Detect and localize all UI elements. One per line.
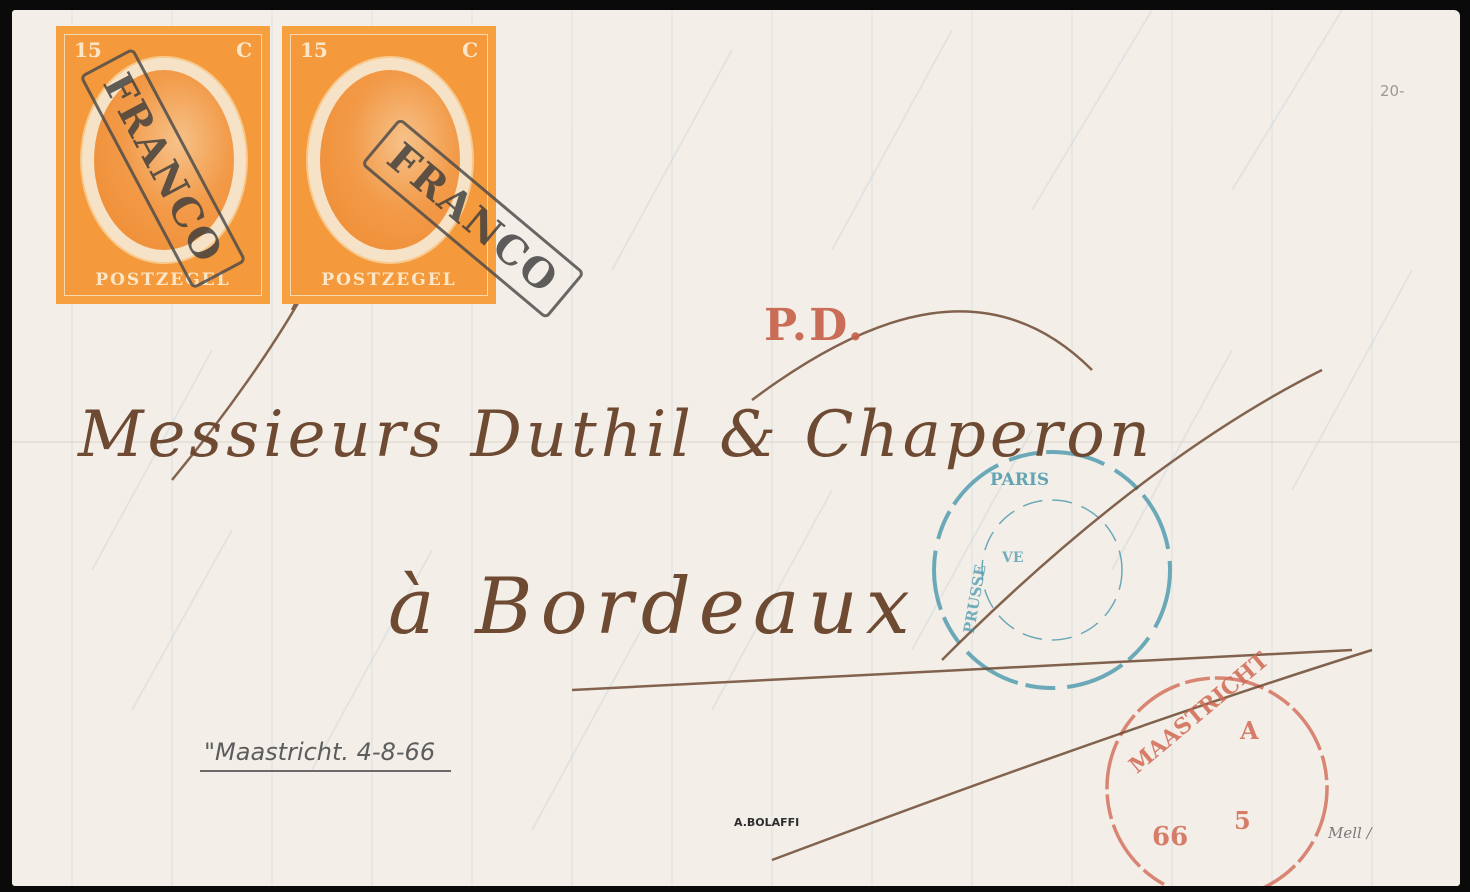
stamp-legend: POSTZEGEL bbox=[282, 270, 496, 290]
address-line-2: à Bordeaux bbox=[388, 562, 918, 652]
address-line-1: Messieurs Duthil & Chaperon bbox=[78, 398, 1154, 472]
pencil-signature: Mell / bbox=[1328, 824, 1372, 842]
paris-postmark bbox=[934, 452, 1170, 688]
pd-marking: P.D. bbox=[764, 300, 865, 351]
stamp-currency: C bbox=[236, 38, 252, 62]
paris-postmark-center: VE bbox=[1002, 550, 1024, 566]
stamp-value: 15 bbox=[300, 38, 328, 62]
perforation bbox=[273, 36, 277, 296]
postal-cover: 15 C POSTZEGEL 15 C POSTZEGEL FRANCO FRA… bbox=[12, 10, 1460, 886]
corner-price-mark: 20- bbox=[1380, 82, 1405, 100]
pencil-note: "Maastricht. 4-8-66 bbox=[200, 738, 451, 772]
maastricht-postmark-letter: A bbox=[1240, 716, 1259, 745]
expert-signature-stamp: A.BOLAFFI bbox=[734, 816, 799, 829]
paris-postmark-top: PARIS bbox=[990, 470, 1049, 490]
maastricht-postmark-day: 5 bbox=[1234, 806, 1251, 835]
stamp-value: 15 bbox=[74, 38, 102, 62]
stamp-legend: POSTZEGEL bbox=[56, 270, 270, 290]
maastricht-postmark-year: 66 bbox=[1152, 822, 1188, 852]
stamp-currency: C bbox=[462, 38, 478, 62]
